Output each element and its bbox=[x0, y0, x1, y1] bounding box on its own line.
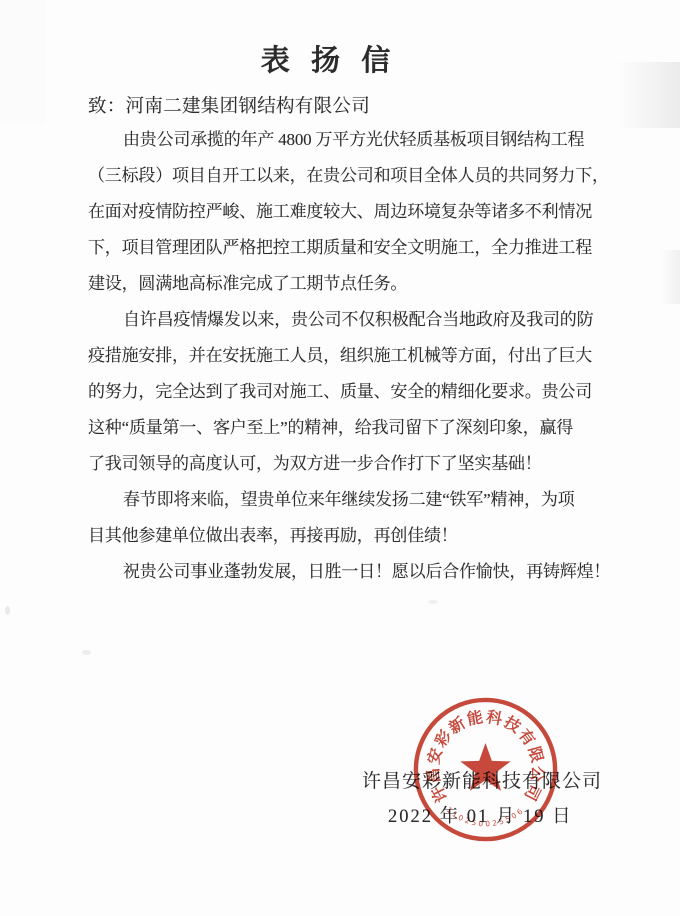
body-line: 祝贵公司事业蓬勃发展，日胜一日！愿以后合作愉快，再铸辉煌！ bbox=[88, 554, 596, 590]
body-line: 自许昌疫情爆发以来，贵公司不仅积极配合当地政府及我司的防 bbox=[88, 302, 596, 338]
letter-page: 表 扬 信 致：河南二建集团钢结构有限公司 由贵公司承揽的年产 4800 万平方… bbox=[0, 0, 680, 916]
body-line: 在面对疫情防控严峻、施工难度较大、周边环境复杂等诸多不利情况 bbox=[88, 194, 596, 230]
body-line: 这种“质量第一、客户至上”的精神，给我司留下了深刻印象，赢得 bbox=[88, 410, 596, 446]
stamp-serial-number: 110250025506 bbox=[445, 805, 527, 828]
body-line: （三标段）项目自开工以来，在贵公司和项目全体人员的共同努力下， bbox=[88, 158, 596, 194]
recipient-label: 致： bbox=[88, 97, 126, 117]
recipient-name: 河南二建集团钢结构有限公司 bbox=[126, 97, 370, 117]
body-line: 目其他参建单位做出表率，再接再励，再创佳绩！ bbox=[88, 518, 596, 554]
star-icon bbox=[460, 743, 510, 791]
body-line: 春节即将来临，望贵单位来年继续发扬二建“铁军”精神，为项 bbox=[88, 482, 596, 518]
body-line: 下，项目管理团队严格把控工期质量和安全文明施工，全力推进工程 bbox=[88, 230, 596, 266]
body-line: 的努力，完全达到了我司对施工、质量、安全的精细化要求。贵公司 bbox=[88, 374, 596, 410]
scan-artifact bbox=[660, 250, 680, 304]
scan-artifact bbox=[5, 606, 10, 615]
company-seal-stamp: 许昌安彩新能科技有限公司 110250025506 bbox=[412, 696, 559, 843]
letter-title: 表 扬 信 bbox=[0, 38, 669, 79]
body-line: 由贵公司承揽的年产 4800 万平方光伏轻质基板项目钢结构工程 bbox=[88, 122, 596, 158]
body-line: 了我司领导的高度认可，为双方进一步合作打下了坚实基础！ bbox=[88, 446, 596, 482]
scan-artifact bbox=[82, 650, 91, 655]
letter-body: 由贵公司承揽的年产 4800 万平方光伏轻质基板项目钢结构工程（三标段）项目自开… bbox=[88, 122, 596, 590]
body-line: 疫措施安排，并在安抚施工人员，组织施工机械等方面，付出了巨大 bbox=[88, 338, 596, 374]
body-line: 建设，圆满地高标准完成了工期节点任务。 bbox=[88, 266, 596, 302]
recipient-line: 致：河南二建集团钢结构有限公司 bbox=[88, 92, 370, 118]
scan-artifact bbox=[428, 600, 438, 604]
